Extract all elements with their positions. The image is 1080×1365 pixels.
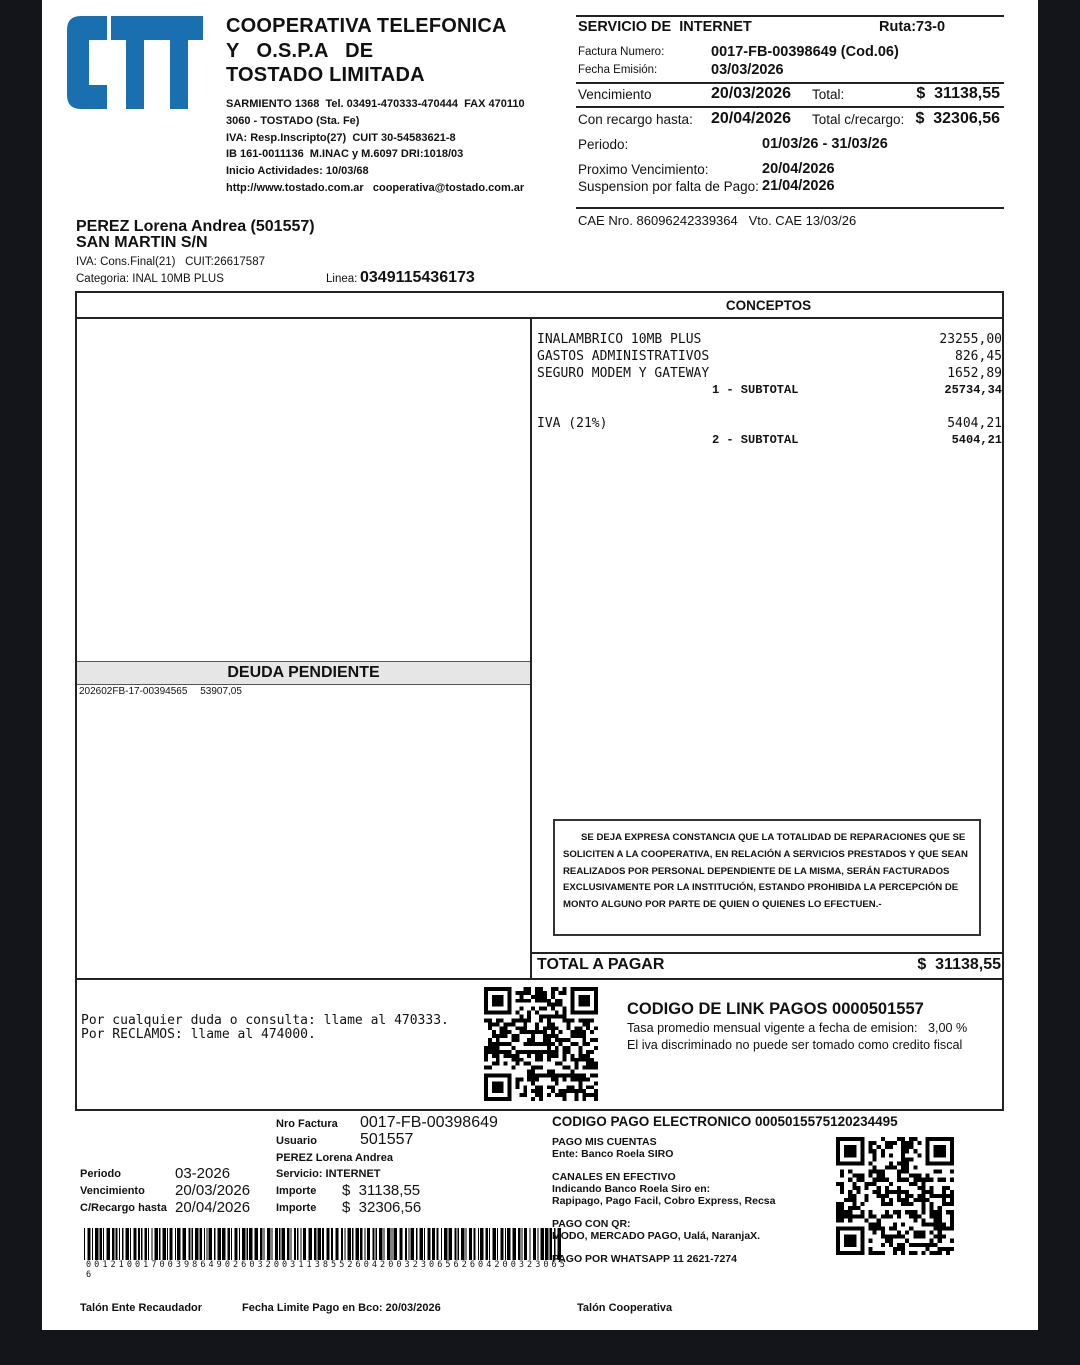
ruta: Ruta:73-0 bbox=[879, 19, 945, 35]
stub-usuario-value: 501557 bbox=[360, 1131, 413, 1149]
company-name-line: Y O.S.P.A DE bbox=[226, 39, 507, 64]
pago-electronico-title: CODIGO PAGO ELECTRONICO 0005015575120234… bbox=[552, 1114, 898, 1129]
stub-importe-2: $ 32306,56 bbox=[342, 1199, 421, 1216]
ctt-logo-icon bbox=[67, 16, 203, 109]
total-recargo-label: Total c/recargo: bbox=[812, 112, 904, 127]
subtotal-row: 1 - SUBTOTAL 25734,34 bbox=[537, 382, 1002, 399]
stub-nombre: PEREZ Lorena Andrea bbox=[276, 1152, 393, 1164]
pago-whatsapp: PAGO POR WHATSAPP 11 2621-7274 bbox=[552, 1253, 737, 1265]
emision-date: 03/03/2026 bbox=[711, 62, 784, 78]
deuda-amount: 53907,05 bbox=[200, 686, 242, 697]
stub-importe-label: Importe bbox=[276, 1202, 316, 1214]
linea-label: Linea: bbox=[326, 273, 357, 285]
proximo-label: Proximo Vencimiento: bbox=[578, 162, 709, 177]
stub-periodo-label: Periodo bbox=[80, 1168, 121, 1180]
customer-categoria: Categoria: INAL 10MB PLUS bbox=[76, 273, 224, 285]
suspension-value: 21/04/2026 bbox=[762, 178, 835, 194]
reclamos-line: Por RECLAMOS: llame al 474000. bbox=[81, 1028, 449, 1042]
customer-address: SAN MARTIN S/N bbox=[76, 235, 315, 251]
subtotal-value: 25734,34 bbox=[944, 382, 1002, 399]
company-inicio: Inicio Actividades: 10/03/68 bbox=[226, 163, 525, 180]
stub-vencimiento-label: Vencimiento bbox=[80, 1185, 145, 1197]
pago-mis-cuentas: PAGO MIS CUENTAS Ente: Banco Roela SIRO bbox=[552, 1136, 673, 1160]
iva-amount: 5404,21 bbox=[947, 415, 1002, 432]
suspension-label: Suspension por falta de Pago: bbox=[578, 179, 759, 194]
total-pagar-amount: $ 31138,55 bbox=[917, 956, 1001, 974]
total-amount: $ 31138,55 bbox=[916, 85, 1000, 103]
stub-vencimiento-value: 20/03/2026 bbox=[175, 1182, 250, 1199]
service-title: SERVICIO DE INTERNET bbox=[578, 19, 752, 35]
linea-number: 0349115436173 bbox=[360, 269, 475, 287]
concept-amount: 1652,89 bbox=[947, 365, 1002, 382]
customer-name: PEREZ Lorena Andrea (501557) bbox=[76, 219, 315, 235]
efectivo-title: CANALES EN EFECTIVO bbox=[552, 1171, 775, 1183]
subtotal-value: 5404,21 bbox=[952, 432, 1002, 449]
pago-qr: PAGO CON QR: MODO, MERCADO PAGO, Ualá, N… bbox=[552, 1218, 760, 1242]
customer-iva: IVA: Cons.Final(21) CUIT:26617587 bbox=[76, 256, 265, 268]
company-address: SARMIENTO 1368 Tel. 03491-470333-470444 … bbox=[226, 96, 525, 113]
subtotal-row: 2 - SUBTOTAL 5404,21 bbox=[537, 432, 1002, 449]
mis-cuentas-ente: Ente: Banco Roela SIRO bbox=[552, 1148, 673, 1160]
company-web-email[interactable]: http://www.tostado.com.ar cooperativa@to… bbox=[226, 180, 525, 197]
company-info: SARMIENTO 1368 Tel. 03491-470333-470444 … bbox=[226, 96, 525, 197]
factura-number: 0017-FB-00398649 (Cod.06) bbox=[711, 44, 899, 60]
concept-label: GASTOS ADMINISTRATIVOS bbox=[537, 348, 709, 365]
concept-row: SEGURO MODEM Y GATEWAY 1652,89 bbox=[537, 365, 1002, 382]
subtotal-label: 2 - SUBTOTAL bbox=[712, 432, 952, 449]
mis-cuentas-title: PAGO MIS CUENTAS bbox=[552, 1136, 673, 1148]
canales-efectivo: CANALES EN EFECTIVO Indicando Banco Roel… bbox=[552, 1171, 775, 1207]
company-ib: IB 161-0011136 M.INAC y M.6097 DRI:1018/… bbox=[226, 146, 525, 163]
concept-label: INALAMBRICO 10MB PLUS bbox=[537, 331, 701, 348]
consulta-info: Por cualquier duda o consulta: llame al … bbox=[81, 1014, 449, 1042]
customer-block: PEREZ Lorena Andrea (501557) SAN MARTIN … bbox=[76, 219, 315, 251]
concept-row: INALAMBRICO 10MB PLUS 23255,00 bbox=[537, 331, 1002, 348]
company-name-line: COOPERATIVA TELEFONICA bbox=[226, 14, 507, 39]
conceptos-header: CONCEPTOS bbox=[533, 293, 1004, 318]
stub-importe-label: Importe bbox=[276, 1185, 316, 1197]
recargo-date: 20/04/2026 bbox=[711, 110, 791, 128]
fecha-limite: Fecha Limite Pago en Bco: 20/03/2026 bbox=[242, 1302, 441, 1314]
deuda-ref: 202602FB-17-00394565 bbox=[79, 686, 187, 697]
recargo-label: Con recargo hasta: bbox=[578, 112, 693, 127]
iva-row: IVA (21%) 5404,21 bbox=[537, 415, 1002, 432]
pago-qr-title: PAGO CON QR: bbox=[552, 1218, 760, 1230]
total-a-pagar: TOTAL A PAGAR $ 31138,55 bbox=[537, 956, 1001, 974]
stub-factura-value: 0017-FB-00398649 bbox=[360, 1114, 498, 1132]
company-iva: IVA: Resp.Inscripto(27) CUIT 30-54583621… bbox=[226, 130, 525, 147]
deuda-header: DEUDA PENDIENTE bbox=[77, 661, 530, 685]
conceptos-table: CONCEPTOS INALAMBRICO 10MB PLUS 23255,00… bbox=[75, 291, 1004, 1111]
deuda-row: 202602FB-17-00394565 53907,05 bbox=[79, 686, 242, 697]
pago-qr-apps: MODO, MERCADO PAGO, Ualá, NaranjaX. bbox=[552, 1230, 760, 1242]
efectivo-line: Rapipago, Pago Facil, Cobro Express, Rec… bbox=[552, 1195, 775, 1207]
efectivo-line: Indicando Banco Roela Siro en: bbox=[552, 1183, 775, 1195]
iva-note: El iva discriminado no puede ser tomado … bbox=[627, 1038, 962, 1052]
concept-row: GASTOS ADMINISTRATIVOS 826,45 bbox=[537, 348, 1002, 365]
iva-label: IVA (21%) bbox=[537, 415, 607, 432]
invoice-page: COOPERATIVA TELEFONICA Y O.S.P.A DE TOST… bbox=[42, 0, 1038, 1330]
concept-amount: 826,45 bbox=[955, 348, 1002, 365]
concept-lines: INALAMBRICO 10MB PLUS 23255,00 GASTOS AD… bbox=[537, 331, 1002, 449]
stub-importe-1: $ 31138,55 bbox=[342, 1182, 420, 1199]
company-name-line: TOSTADO LIMITADA bbox=[226, 63, 507, 88]
total-recargo-amount: $ 32306,56 bbox=[915, 110, 1000, 128]
periodo-value: 01/03/26 - 31/03/26 bbox=[762, 136, 888, 152]
barcode-icon bbox=[84, 1228, 562, 1260]
factura-label: Factura Numero: bbox=[578, 46, 664, 58]
vencimiento-label: Vencimiento bbox=[578, 87, 652, 102]
stub-recargo-label: C/Recargo hasta bbox=[80, 1202, 167, 1214]
stub-factura-label: Nro Factura bbox=[276, 1118, 338, 1130]
qr-code-icon bbox=[836, 1137, 954, 1255]
notice-text: SE DEJA EXPRESA CONSTANCIA QUE LA TOTALI… bbox=[563, 830, 971, 914]
stub-servicio: Servicio: INTERNET bbox=[276, 1168, 381, 1180]
stub-recargo-value: 20/04/2026 bbox=[175, 1199, 250, 1216]
talon-cooperativa: Talón Cooperativa bbox=[577, 1302, 672, 1314]
qr-code-icon bbox=[484, 987, 598, 1101]
concept-amount: 23255,00 bbox=[939, 331, 1002, 348]
stub-usuario-label: Usuario bbox=[276, 1135, 317, 1147]
barcode-digits: 0012100170039864902603200311385526042003… bbox=[86, 1260, 562, 1280]
total-pagar-label: TOTAL A PAGAR bbox=[537, 956, 664, 974]
talon-ente: Talón Ente Recaudador bbox=[80, 1302, 202, 1314]
proximo-value: 20/04/2026 bbox=[762, 161, 835, 177]
stub-periodo-value: 03-2026 bbox=[175, 1165, 230, 1182]
tasa-info: Tasa promedio mensual vigente a fecha de… bbox=[627, 1021, 967, 1035]
link-pagos-title: CODIGO DE LINK PAGOS 0000501557 bbox=[627, 1000, 924, 1019]
consulta-line: Por cualquier duda o consulta: llame al … bbox=[81, 1014, 449, 1028]
concept-label: SEGURO MODEM Y GATEWAY bbox=[537, 365, 709, 382]
company-city: 3060 - TOSTADO (Sta. Fe) bbox=[226, 113, 525, 130]
subtotal-label: 1 - SUBTOTAL bbox=[712, 382, 944, 399]
emision-label: Fecha Emisión: bbox=[578, 64, 657, 76]
periodo-label: Periodo: bbox=[578, 137, 628, 152]
repair-notice: SE DEJA EXPRESA CONSTANCIA QUE LA TOTALI… bbox=[553, 819, 981, 936]
company-name: COOPERATIVA TELEFONICA Y O.S.P.A DE TOST… bbox=[226, 14, 507, 88]
cae-info: CAE Nro. 86096242339364 Vto. CAE 13/03/2… bbox=[578, 213, 856, 228]
vencimiento-date: 20/03/2026 bbox=[711, 85, 791, 103]
total-label: Total: bbox=[812, 87, 844, 102]
